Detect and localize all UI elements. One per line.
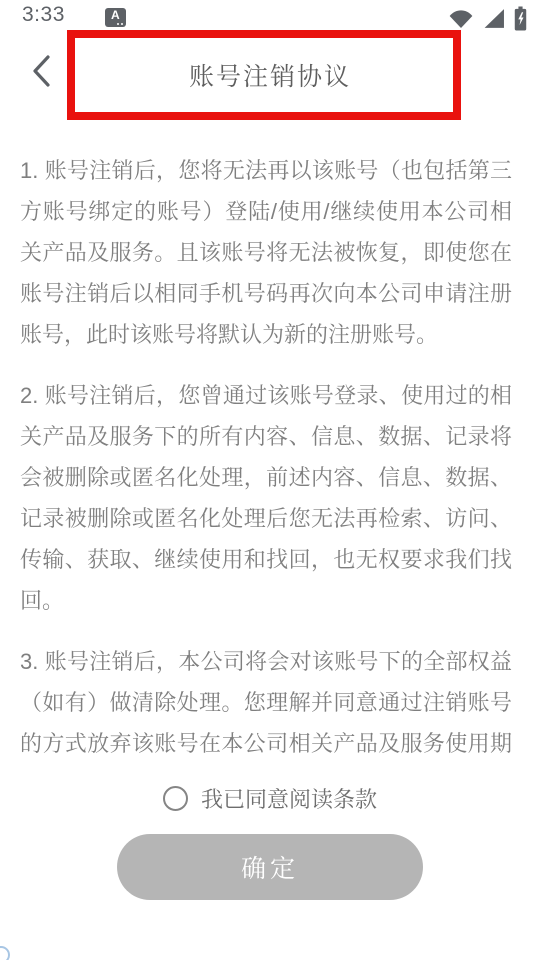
agreement-scroll-area[interactable]: 1. 账号注销后，您将无法再以该账号（也包括第三方账号绑定的账号）登陆/使用/继…: [20, 150, 512, 763]
wifi-icon: [448, 8, 474, 29]
account-cancellation-agreement-screen: 3:33 A 账号注销协议 1. 账号注销后，您将无法再以该账号（也包括第三方账…: [0, 0, 540, 960]
consent-label: 我已同意阅读条款: [201, 783, 377, 814]
agreement-paragraph-1: 1. 账号注销后，您将无法再以该账号（也包括第三方账号绑定的账号）登陆/使用/继…: [20, 150, 512, 355]
status-icons: [448, 6, 528, 31]
agreement-paragraph-3: 3. 账号注销后，本公司将会对该账号下的全部权益（如有）做清除处理。您理解并同意…: [20, 641, 512, 763]
badge-dots: [121, 23, 123, 25]
cellular-signal-icon: [482, 8, 505, 29]
status-bar: 3:33 A: [0, 0, 540, 30]
notification-badge-icon: A: [105, 8, 126, 27]
agreement-paragraph-2: 2. 账号注销后，您曾通过该账号登录、使用过的相关产品及服务下的所有内容、信息、…: [20, 375, 512, 621]
notification-badge-label: A: [111, 8, 120, 22]
annotation-highlight-rectangle: [67, 30, 461, 120]
status-time: 3:33: [22, 3, 65, 27]
consent-radio-unchecked[interactable]: [163, 786, 188, 811]
consent-row[interactable]: 我已同意阅读条款: [0, 783, 540, 813]
corner-artifact: [0, 946, 10, 960]
confirm-button[interactable]: 确定: [117, 834, 423, 900]
battery-charging-icon: [513, 6, 528, 31]
